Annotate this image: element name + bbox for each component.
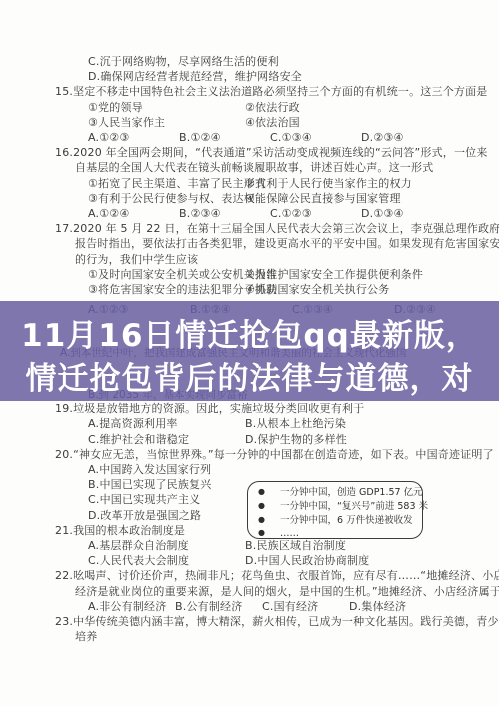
exam-text-segment: 培养 xyxy=(75,630,97,643)
exam-text-line: 培养 xyxy=(75,629,481,644)
exam-text-line: 17.2020 年 5 月 22 日，在第十三届全国人民代表大会第三次会议上，李… xyxy=(55,221,481,236)
exam-text-line: A.中国跨入发达国家行列 xyxy=(88,462,481,477)
minute-box-text: …… xyxy=(280,528,299,539)
exam-text-line: A.提高资源利用率B.从根本上杜绝污染 xyxy=(88,416,481,431)
exam-text-line: ③人民当家作主④依法治国 xyxy=(88,115,481,130)
minute-box-text: 一分钟中国，“复兴号”前进 583 米 xyxy=(280,501,428,512)
bullet-icon: ● xyxy=(258,514,280,527)
exam-text-segment: A.①②③ xyxy=(88,130,179,145)
exam-text-line: A.①②④B.②③④C.①②③D.①③④ xyxy=(88,206,481,221)
exam-text-segment: 23.中华传统美德内涵丰富，博大精深，薪火相传，已成为一种文化基因。践行美德，青… xyxy=(55,615,499,628)
exam-text-segment: B.从根本上杜绝污染 xyxy=(245,416,346,431)
exam-text-line: 23.中华传统美德内涵丰富，博大精深，薪火相传，已成为一种文化基因。践行美德，青… xyxy=(55,614,481,629)
exam-text-segment: 19.垃圾是放错地方的资源。因此，实施垃圾分类回收更有利于 xyxy=(55,402,364,415)
exam-text-segment: B.②③④ xyxy=(179,206,270,221)
exam-text-segment: 16.2020 年全国两会期间，“代表通道”采访活动变成视频连线的“云问答”形式… xyxy=(55,146,488,159)
exam-text-segment: ④协助国家安全机关执行公务 xyxy=(245,282,389,297)
exam-text-segment: D.②③④ xyxy=(361,130,404,145)
bullet-icon: ● xyxy=(258,527,280,540)
exam-text-segment: B.公有制经济 xyxy=(175,599,262,614)
exam-text-line: 15.坚定不移走中国特色社会主义法治道路必须坚持三个方面的有机统一。这三个方面是 xyxy=(55,84,481,99)
exam-text-line: A.①②③B.①②④C.①③④D.②③④ xyxy=(88,130,481,145)
exam-text-segment: 15.坚定不移走中国特色社会主义法治道路必须坚持三个方面的有机统一。这三个方面是 xyxy=(55,85,488,98)
exam-text-line: C.维护社会和谐稳定D.保护生物的多样性 xyxy=(88,432,481,447)
exam-text-segment: D.集体经济 xyxy=(349,599,406,614)
exam-text-segment: A.中国跨入发达国家行列 xyxy=(88,463,211,476)
exam-text-segment: D.①③④ xyxy=(361,206,404,221)
exam-text-segment: 20.“神女应无恙，当惊世界殊。”每一分钟的中国都在创造奇迹，如下表。中国奇迹证… xyxy=(55,448,494,461)
exam-text-segment: C.①②③ xyxy=(270,206,361,221)
exam-text-segment: D.改革开放是强国之路 xyxy=(88,509,201,522)
exam-text-segment: ①及时向国家安全机关或公安机关报告 xyxy=(88,267,245,282)
exam-text-segment: ④依法治国 xyxy=(245,115,300,130)
exam-text-segment: C.①③④ xyxy=(270,130,361,145)
exam-text-segment: 17.2020 年 5 月 22 日，在第十三届全国人民代表大会第三次会议上，李… xyxy=(55,222,499,235)
exam-text-segment: A.①②④ xyxy=(88,206,179,221)
minute-box-row: ●一分钟中国，6 万件快递被收发 xyxy=(258,514,418,528)
exam-text-line: ①党的领导②依法行政 xyxy=(88,100,481,115)
exam-text-line: C.沉于网络购物，尽享网络生活的便利 xyxy=(88,54,481,69)
exam-text-line: 报告时指出，要依法打击各类犯罪，建设更高水平的平安中国。如果发现有危害国家安全 xyxy=(75,236,481,251)
exam-text-segment: C.国有经济 xyxy=(262,599,349,614)
minute-box-row: ●一分钟中国，“复兴号”前进 583 米 xyxy=(258,500,418,514)
exam-text-line: 的行为，我们中学生应该 xyxy=(75,252,481,267)
exam-text-segment: ②为维护国家安全工作提供便利条件 xyxy=(245,267,423,282)
exam-text-segment: A.提高资源利用率 xyxy=(88,416,245,431)
exam-text-line: D.确保网店经营者规范经营，维护网络安全 xyxy=(88,69,481,84)
exam-text-segment: C.维护社会和谐稳定 xyxy=(88,432,245,447)
exam-text-segment: 报告时指出，要依法打击各类犯罪，建设更高水平的平安中国。如果发现有危害国家安全 xyxy=(75,237,499,250)
minute-box-text: 一分钟中国，6 万件快递被收发 xyxy=(280,515,413,526)
exam-text-segment: ③人民当家作主 xyxy=(88,115,245,130)
exam-text-line: 22.吆喝声、讨价还价声，热闹非凡；花鸟鱼虫、衣服首饰，应有尽有……“地摊经济、… xyxy=(55,568,481,583)
exam-text-line: C.人民代表大会制度D.中国人民政治协商制度 xyxy=(88,553,481,568)
exam-text-segment: 自基层的全国人大代表在镜头前畅谈履职故事，讲述百姓心声。这一形式 xyxy=(75,161,433,174)
exam-text-segment: ④能保障公民直接参与国家管理 xyxy=(245,191,401,206)
minute-box-row: ●一分钟中国，创造 GDP1.57 亿元 xyxy=(258,486,418,500)
exam-text-line: ③将危害国家安全的违法犯罪分子抓获④协助国家安全机关执行公务 xyxy=(88,282,481,297)
minute-china-fact-box: ●一分钟中国，创造 GDP1.57 亿元●一分钟中国，“复兴号”前进 583 米… xyxy=(247,481,423,539)
exam-text-segment: ①党的领导 xyxy=(88,100,245,115)
bullet-icon: ● xyxy=(258,486,280,499)
exam-text-segment: A.非公有制经济 xyxy=(88,599,175,614)
exam-text-line: ①及时向国家安全机关或公安机关报告②为维护国家安全工作提供便利条件 xyxy=(88,267,481,282)
exam-text-segment: ③有利于公民行使参与权、表达权 xyxy=(88,191,245,206)
exam-text-line: 20.“神女应无恙，当惊世界殊。”每一分钟的中国都在创造奇迹，如下表。中国奇迹证… xyxy=(55,447,481,462)
exam-text-segment: D.中国人民政治协商制度 xyxy=(245,553,369,568)
exam-text-segment: 22.吆喝声、讨价还价声，热闹非凡；花鸟鱼虫、衣服首饰，应有尽有……“地摊经济、… xyxy=(55,569,499,582)
exam-text-segment: 的行为，我们中学生应该 xyxy=(75,253,198,266)
exam-text-line: 自基层的全国人大代表在镜头前畅谈履职故事，讲述百姓心声。这一形式 xyxy=(75,160,481,175)
exam-text-segment: B.①②④ xyxy=(179,130,270,145)
minute-box-text: 一分钟中国，创造 GDP1.57 亿元 xyxy=(280,487,423,498)
exam-text-line: 16.2020 年全国两会期间，“代表通道”采访活动变成视频连线的“云问答”形式… xyxy=(55,145,481,160)
exam-lines-pre-banner: C.沉于网络购物，尽享网络生活的便利D.确保网店经营者规范经营，维护网络安全15… xyxy=(55,54,481,297)
exam-text-line: ③有利于公民行使参与权、表达权④能保障公民直接参与国家管理 xyxy=(88,191,481,206)
exam-text-segment: 21.我国的根本政治制度是 xyxy=(55,524,185,537)
exam-text-segment: C.中国已实现共产主义 xyxy=(88,493,200,506)
exam-text-line: 19.垃圾是放错地方的资源。因此，实施垃圾分类回收更有利于 xyxy=(55,401,481,416)
exam-text-segment: 经济是就业岗位的重要来源，是人间的烟火，是中国的生机。”地摊经济、小店经济属于 xyxy=(75,585,499,598)
banner-overlay: A.①②③B.①②④C.①③④D.②③④ A.到本世纪中叶，把我国建成富强民主文… xyxy=(0,301,499,401)
exam-text-segment: D.保护生物的多样性 xyxy=(245,432,347,447)
exam-text-segment: C.人民代表大会制度 xyxy=(88,553,245,568)
bullet-icon: ● xyxy=(258,500,280,513)
exam-text-line: A.非公有制经济B.公有制经济C.国有经济D.集体经济 xyxy=(88,599,481,614)
exam-text-segment: C.沉于网络购物，尽享网络生活的便利 xyxy=(88,55,279,68)
exam-text-segment: A.基层群众自治制度 xyxy=(88,538,245,553)
exam-text-segment: ③将危害国家安全的违法犯罪分子抓获 xyxy=(88,282,245,297)
banner-title-line2: 情迁抢包背后的法律与道德，对 xyxy=(0,353,499,398)
exam-text-segment: ②依法行政 xyxy=(245,100,300,115)
exam-text-line: 经济是就业岗位的重要来源，是人间的烟火，是中国的生机。”地摊经济、小店经济属于 xyxy=(75,584,481,599)
exam-text-segment: B.中国已实现了民族复兴 xyxy=(88,478,211,491)
exam-text-segment: ②有利于人民行使当家作主的权力 xyxy=(245,176,412,191)
exam-text-line: ①拓宽了民主渠道、丰富了民主形式②有利于人民行使当家作主的权力 xyxy=(88,176,481,191)
exam-paper-page: C.沉于网络购物，尽享网络生活的便利D.确保网店经营者规范经营，维护网络安全15… xyxy=(0,0,499,706)
minute-box-row: ●…… xyxy=(258,527,418,541)
banner-title-line1: 11月16日情迁抢包qq最新版， xyxy=(0,310,499,355)
exam-text-segment: D.确保网店经营者规范经营，维护网络安全 xyxy=(88,70,302,83)
exam-text-segment: ①拓宽了民主渠道、丰富了民主形式 xyxy=(88,176,245,191)
